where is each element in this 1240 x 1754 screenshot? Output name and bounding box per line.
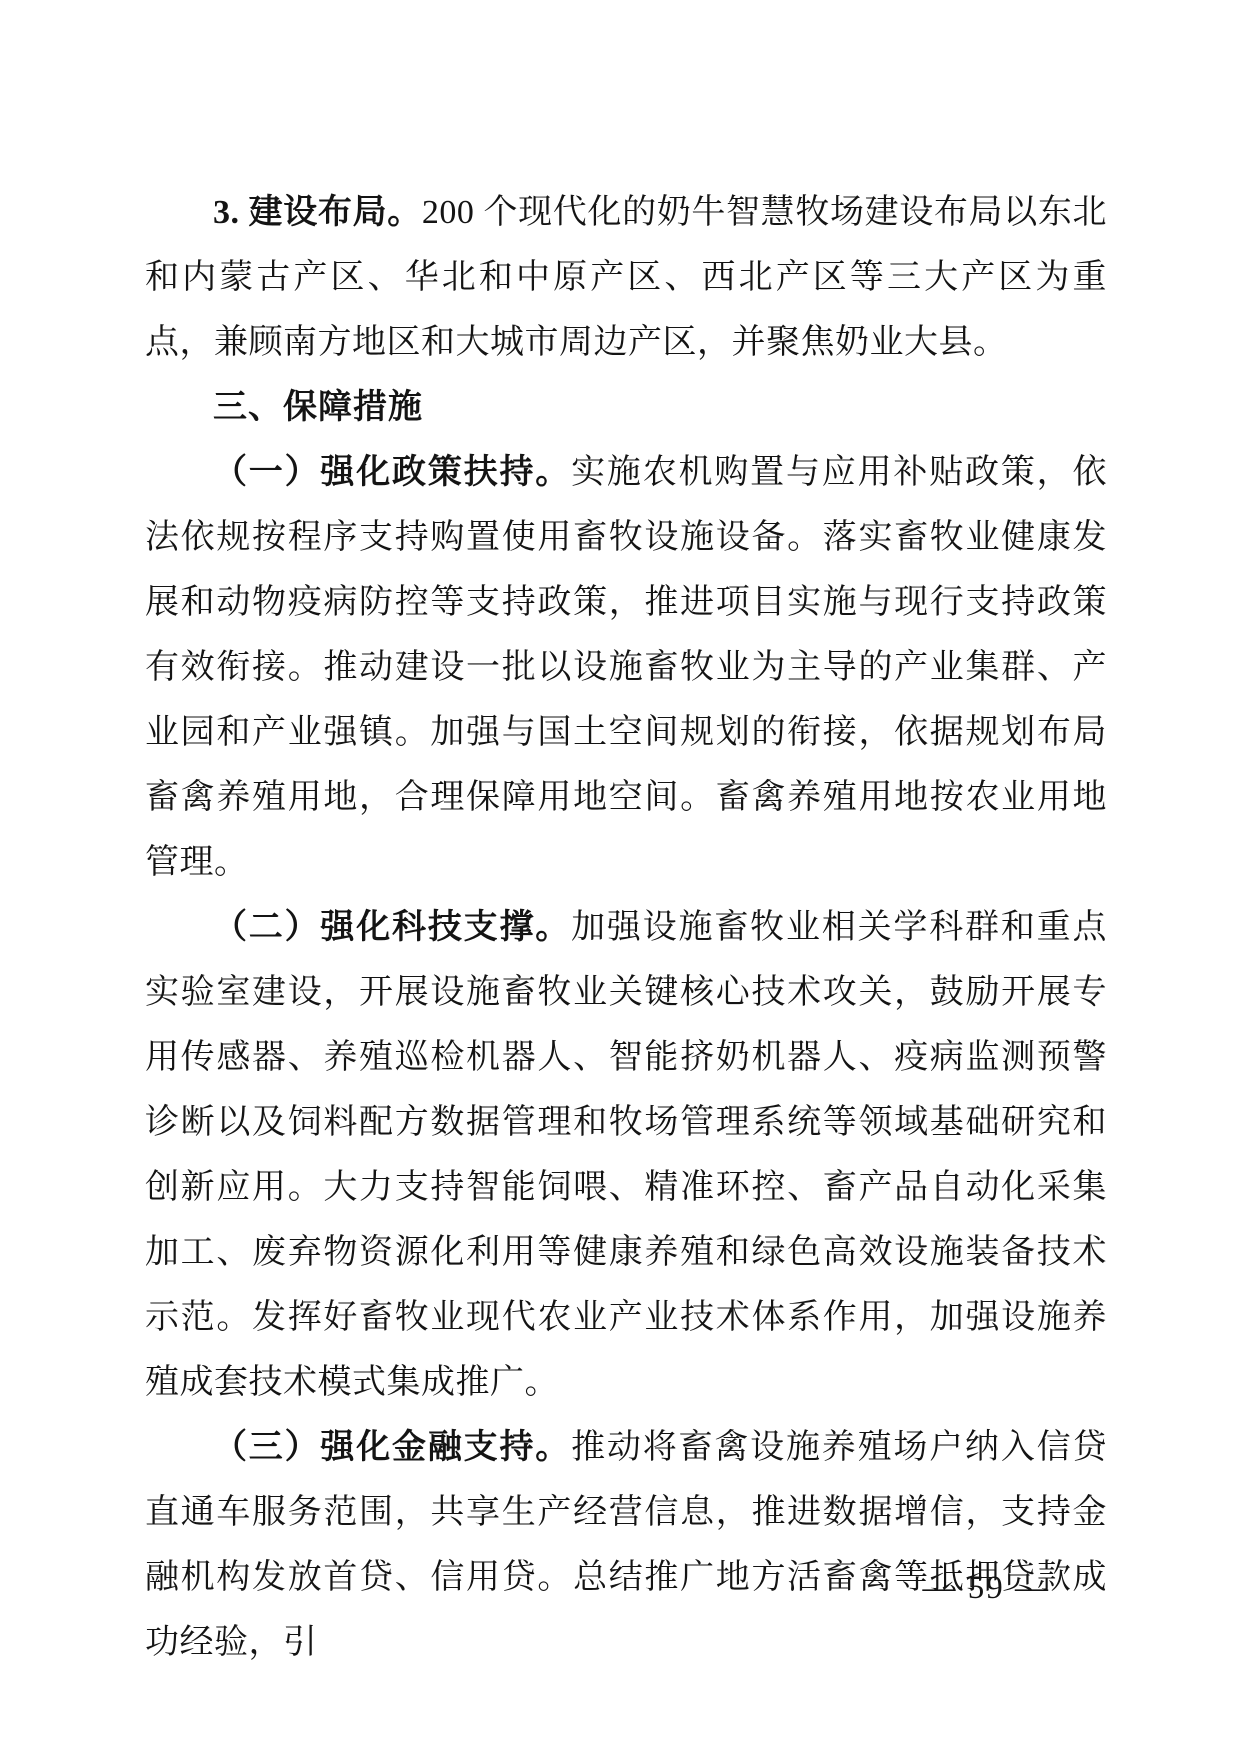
paragraph-policy-support: （一）强化政策扶持。实施农机购置与应用补贴政策，依法依规按程序支持购置使用畜牧设… xyxy=(145,440,1107,895)
paragraph-lead: 3. 建设布局。 xyxy=(213,194,422,231)
document-body: 3. 建设布局。200 个现代化的奶牛智慧牧场建设布局以东北和内蒙古产区、华北和… xyxy=(145,180,1107,1675)
paragraph-text: 实施农机购置与应用补贴政策，依法依规按程序支持购置使用畜牧设施设备。落实畜牧业健… xyxy=(145,454,1107,881)
paragraph-text: 加强设施畜牧业相关学科群和重点实验室建设，开展设施畜牧业关键核心技术攻关，鼓励开… xyxy=(145,909,1107,1401)
page-footer: — 59 — xyxy=(923,1566,1051,1611)
page-number: — 59 — xyxy=(923,1570,1051,1606)
section-heading-safeguard-measures: 三、保障措施 xyxy=(145,375,1107,440)
paragraph-tech-support: （二）强化科技支撑。加强设施畜牧业相关学科群和重点实验室建设，开展设施畜牧业关键… xyxy=(145,895,1107,1415)
paragraph-lead: （三）强化金融支持。 xyxy=(213,1429,571,1466)
paragraph-lead: （一）强化政策扶持。 xyxy=(213,454,571,491)
paragraph-construction-layout: 3. 建设布局。200 个现代化的奶牛智慧牧场建设布局以东北和内蒙古产区、华北和… xyxy=(145,180,1107,375)
document-page: 3. 建设布局。200 个现代化的奶牛智慧牧场建设布局以东北和内蒙古产区、华北和… xyxy=(0,0,1240,1754)
paragraph-financial-support: （三）强化金融支持。推动将畜禽设施养殖场户纳入信贷直通车服务范围，共享生产经营信… xyxy=(145,1415,1107,1675)
paragraph-lead: （二）强化科技支撑。 xyxy=(213,909,571,946)
